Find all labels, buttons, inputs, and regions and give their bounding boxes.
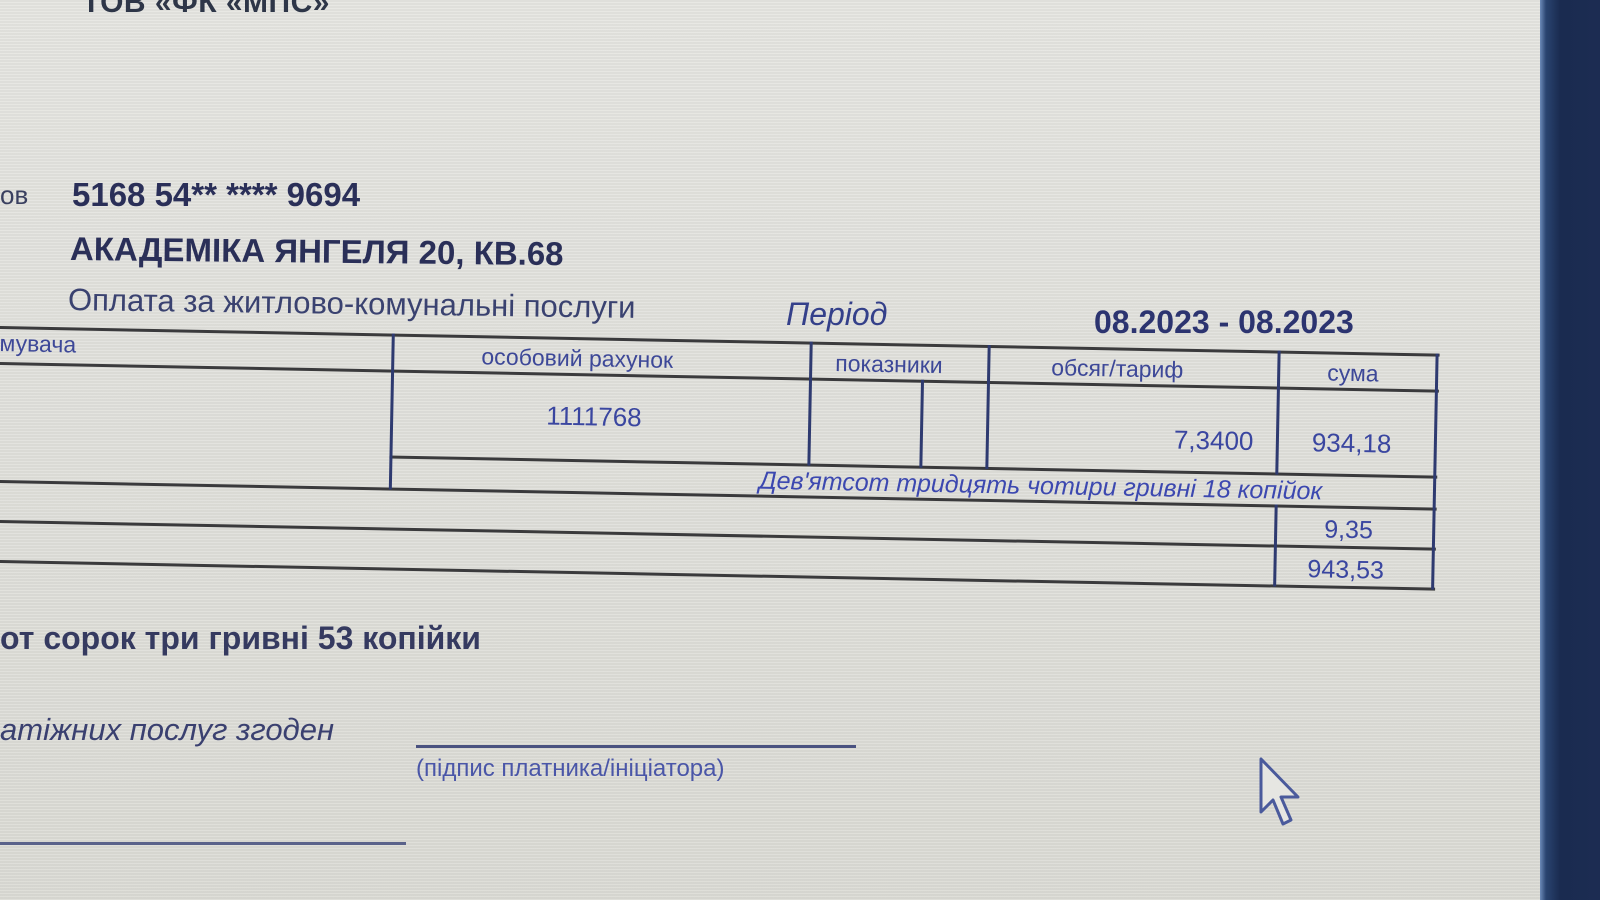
total-value: 943,53	[1307, 555, 1384, 585]
table-line	[985, 345, 990, 469]
monitor-bezel	[1540, 0, 1600, 900]
header-volume-tariff: обсяг/тариф	[1051, 354, 1184, 384]
table-line	[919, 380, 924, 468]
sum-value: 934,18	[1312, 427, 1392, 460]
arrow-pointer-icon	[1258, 756, 1308, 834]
table-line	[389, 334, 395, 490]
signature-line	[416, 745, 856, 748]
bottom-line	[0, 842, 406, 845]
volume-tariff-value: 7,3400	[1174, 425, 1254, 458]
company-name: ТОВ «ФК «МПС»	[82, 0, 330, 20]
payer-address: АКАДЕМІКА ЯНГЕЛЯ 20, КВ.68	[70, 230, 564, 273]
screen: ТОВ «ФК «МПС» ов 5168 54** **** 9694 АКА…	[0, 0, 1540, 900]
payment-table: мувача особовий рахунок показники обсяг/…	[0, 320, 1440, 628]
header-account: особовий рахунок	[481, 343, 673, 374]
header-recipient: мувача	[0, 330, 76, 358]
table-line	[0, 362, 1439, 393]
commission-value: 9,35	[1324, 515, 1373, 545]
header-sum: сума	[1327, 359, 1379, 387]
header-readings: показники	[835, 350, 943, 379]
payment-purpose: Оплата за житлово-комунальні послуги	[68, 282, 636, 326]
card-number: 5168 54** **** 9694	[72, 176, 360, 214]
agreement-text: атіжних послуг згоден	[0, 712, 334, 748]
table-line	[0, 560, 1435, 591]
table-line	[1275, 351, 1280, 475]
card-label: ов	[0, 180, 28, 211]
period-value: 08.2023 - 08.2023	[1094, 304, 1354, 341]
table-line	[807, 342, 812, 466]
total-in-words: от сорок три гривні 53 копійки	[0, 620, 481, 657]
table-line	[0, 520, 1436, 551]
period-label: Період	[786, 296, 887, 333]
signature-caption: (підпис платника/ініціатора)	[416, 755, 724, 783]
account-number: 1111768	[546, 401, 642, 434]
